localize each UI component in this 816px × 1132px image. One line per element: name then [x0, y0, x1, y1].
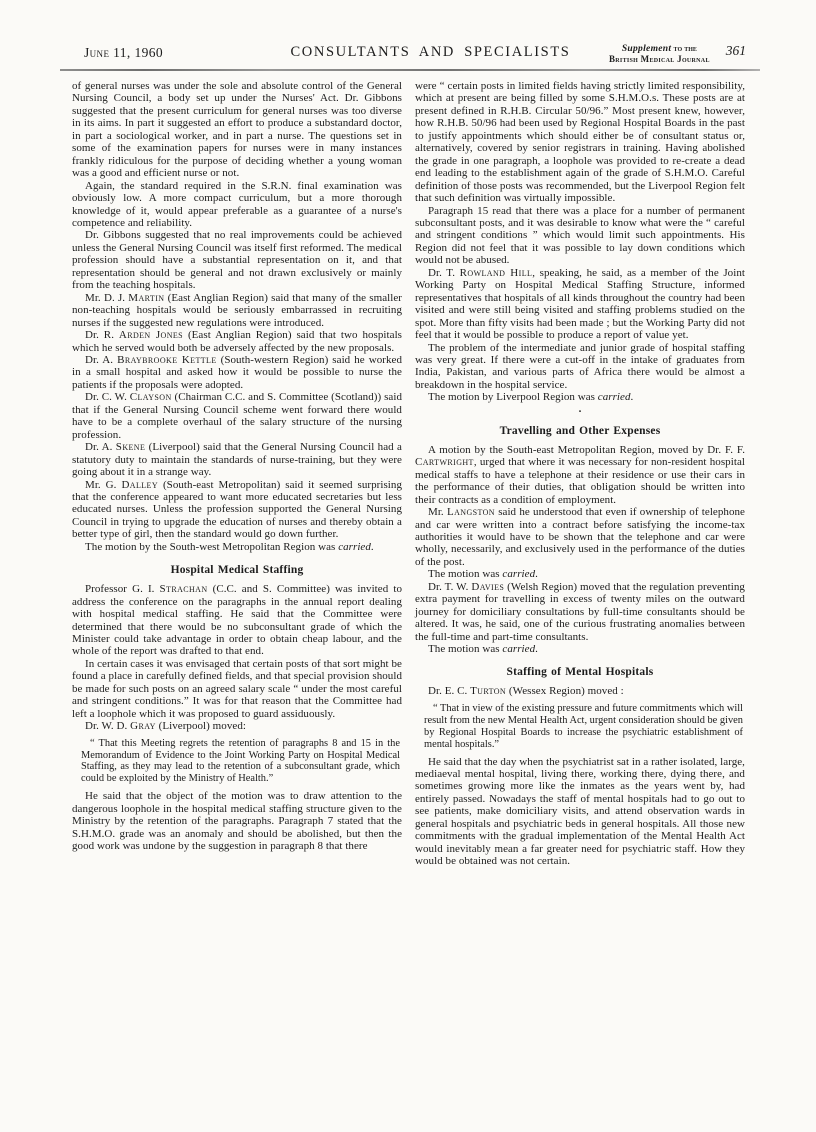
separator-dot: .	[415, 404, 745, 414]
paragraph: Professor G. I. Strachan (C.C. and S. Co…	[72, 583, 402, 658]
header-rule	[60, 69, 760, 71]
journal-reference-line1: Supplement to the	[609, 44, 710, 55]
section-heading: Hospital Medical Staffing	[72, 564, 402, 576]
paragraph: Again, the standard required in the S.R.…	[72, 180, 402, 230]
emphasized-text: carried	[502, 643, 535, 655]
paragraph: He said that the object of the motion wa…	[72, 790, 402, 852]
paragraph: Dr. Gibbons suggested that no real impro…	[72, 229, 402, 291]
body-text: The motion was	[428, 568, 502, 580]
paragraph: Dr. T. W. Davies (Welsh Region) moved th…	[415, 581, 745, 643]
paragraph: Dr. E. C. Turton (Wessex Region) moved :	[415, 685, 745, 697]
journal-reference-line2: British Medical Journal	[609, 55, 710, 65]
body-text: He said that the day when the psychiatri…	[415, 756, 745, 868]
right-column: were “ certain posts in limited fields h…	[415, 80, 745, 868]
text-columns: of general nurses was under the sole and…	[72, 80, 746, 868]
body-text: A motion by the South-east Metropolitan …	[428, 444, 745, 456]
body-text: were “ certain posts in limited fields h…	[415, 80, 745, 204]
speaker-name: Strachan	[160, 583, 208, 595]
page-title: CONSULTANTS AND SPECIALISTS	[252, 42, 609, 61]
body-text: Mr. D. J.	[85, 292, 128, 304]
motion-quote: “ That this Meeting regrets the retentio…	[81, 738, 400, 786]
body-text: The motion by the South-west Metropolita…	[85, 541, 338, 553]
body-text: Dr. T.	[428, 267, 460, 279]
paragraph: Dr. W. D. Gray (Liverpool) moved:	[72, 720, 402, 732]
body-text: Dr. E. C.	[428, 685, 470, 697]
speaker-name: Rowland Hill	[460, 267, 533, 279]
paragraph: The motion by Liverpool Region was carri…	[415, 391, 745, 403]
speaker-name: Langston	[447, 506, 495, 518]
body-text: .	[535, 643, 538, 655]
body-text: “ That this Meeting regrets the retentio…	[81, 738, 400, 785]
body-text: Dr. Gibbons suggested that no real impro…	[72, 229, 402, 291]
paragraph: A motion by the South-east Metropolitan …	[415, 444, 745, 506]
body-text: Again, the standard required in the S.R.…	[72, 180, 402, 229]
body-text: of general nurses was under the sole and…	[72, 80, 402, 179]
paragraph: Mr. G. Dalley (South-east Metropolitan) …	[72, 479, 402, 541]
speaker-name: Martin	[128, 292, 164, 304]
body-text: Mr.	[428, 506, 447, 518]
body-text: Dr. A.	[85, 354, 117, 366]
issue-date: June 11, 1960	[72, 42, 252, 61]
to-the-label: to the	[674, 43, 697, 53]
emphasized-text: carried	[502, 568, 535, 580]
section-heading: Staffing of Mental Hospitals	[415, 666, 745, 678]
paragraph: Mr. Langston said he understood that eve…	[415, 506, 745, 568]
paragraph: Dr. A. Braybrooke Kettle (South-western …	[72, 354, 402, 391]
body-text: Mr. G.	[85, 479, 121, 491]
body-text: Dr. A.	[85, 441, 116, 453]
paragraph: Dr. T. Rowland Hill, speaking, he said, …	[415, 267, 745, 342]
body-text: .	[371, 541, 374, 553]
speaker-name: Braybrooke Kettle	[117, 354, 217, 366]
body-text: (Liverpool) moved:	[156, 720, 246, 732]
paragraph: The motion was carried.	[415, 643, 745, 655]
body-text: Dr. T. W.	[428, 581, 471, 593]
journal-page: June 11, 1960 CONSULTANTS AND SPECIALIST…	[0, 0, 816, 868]
page-header: June 11, 1960 CONSULTANTS AND SPECIALIST…	[72, 42, 746, 64]
speaker-name: Arden Jones	[119, 329, 183, 341]
speaker-name: Davies	[471, 581, 504, 593]
supplement-label: Supplement	[622, 44, 671, 54]
journal-reference: Supplement to the British Medical Journa…	[609, 42, 710, 64]
paragraph: In certain cases it was envisaged that c…	[72, 658, 402, 720]
body-text: (Wessex Region) moved :	[506, 685, 624, 697]
paragraph: The problem of the intermediate and juni…	[415, 342, 745, 392]
body-text: He said that the object of the motion wa…	[72, 790, 402, 852]
body-text: Professor G. I.	[85, 583, 160, 595]
paragraph: The motion by the South-west Metropolita…	[72, 541, 402, 553]
paragraph: were “ certain posts in limited fields h…	[415, 80, 745, 205]
paragraph: He said that the day when the psychiatri…	[415, 756, 745, 868]
speaker-name: Skene	[116, 441, 145, 453]
page-number: 361	[726, 42, 746, 59]
paragraph: Dr. R. Arden Jones (East Anglian Region)…	[72, 329, 402, 354]
body-text: .	[535, 568, 538, 580]
paragraph: Dr. C. W. Clayson (Chairman C.C. and S. …	[72, 391, 402, 441]
paragraph: The motion was carried.	[415, 568, 745, 580]
emphasized-text: carried	[338, 541, 371, 553]
body-text: The motion was	[428, 643, 502, 655]
body-text: The problem of the intermediate and juni…	[415, 342, 745, 391]
body-text: The motion by Liverpool Region was	[428, 391, 598, 403]
speaker-name: Cartwright	[415, 456, 474, 468]
body-text: .	[631, 391, 634, 403]
body-text: In certain cases it was envisaged that c…	[72, 658, 402, 720]
emphasized-text: carried	[598, 391, 631, 403]
motion-quote: “ That in view of the existing pressure …	[424, 703, 743, 751]
paragraph: Dr. A. Skene (Liverpool) said that the G…	[72, 441, 402, 478]
speaker-name: Turton	[470, 685, 506, 697]
paragraph: Paragraph 15 read that there was a place…	[415, 205, 745, 267]
body-text: Dr. C. W.	[85, 391, 130, 403]
speaker-name: Gray	[130, 720, 156, 732]
speaker-name: Dalley	[121, 479, 158, 491]
speaker-name: Clayson	[130, 391, 172, 403]
body-text: “ That in view of the existing pressure …	[424, 703, 743, 750]
left-column: of general nurses was under the sole and…	[72, 80, 402, 868]
paragraph: of general nurses was under the sole and…	[72, 80, 402, 180]
body-text: Paragraph 15 read that there was a place…	[415, 205, 745, 267]
section-heading: Travelling and Other Expenses	[415, 425, 745, 437]
paragraph: Mr. D. J. Martin (East Anglian Region) s…	[72, 292, 402, 329]
header-right: Supplement to the British Medical Journa…	[609, 42, 746, 64]
body-text: Dr. R.	[85, 329, 119, 341]
body-text: Dr. W. D.	[85, 720, 130, 732]
